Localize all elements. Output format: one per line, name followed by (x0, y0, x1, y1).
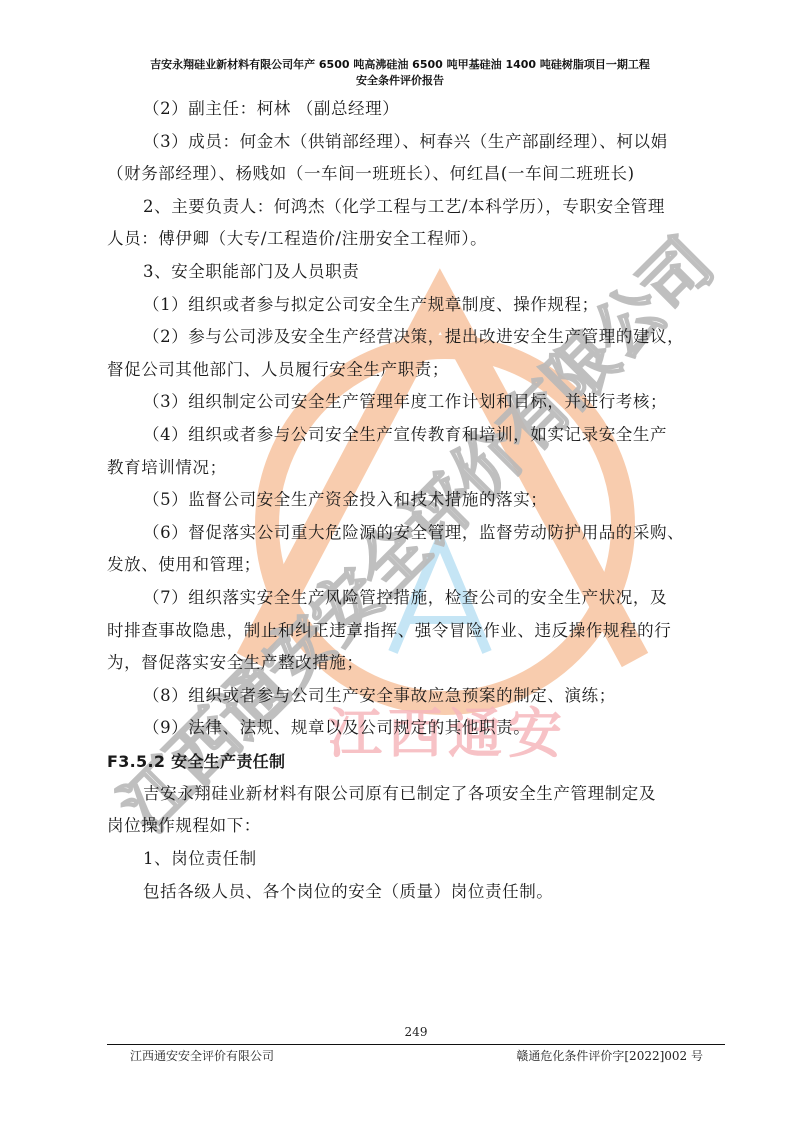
page-number: 249 (107, 1024, 725, 1040)
duty-item-1: （1）组织或者参与拟定公司安全生产规章制度、操作规程； (107, 289, 725, 322)
paragraph-members-line2: （财务部经理）、杨贱如（一车间一班班长）、何红昌(一车间二班班长) (107, 158, 725, 191)
body-content: （2）副主任：柯林 （副总经理） （3）成员：何金木（供销部经理）、柯春兴（生产… (107, 93, 725, 908)
duty-item-2-line2: 督促公司其他部门、人员履行安全生产职责； (107, 354, 725, 387)
duty-item-3: （3）组织制定公司安全生产管理年度工作计划和目标，并进行考核； (107, 386, 725, 419)
paragraph-principal-line2: 人员：傅伊卿（大专/工程造价/注册安全工程师）。 (107, 223, 725, 256)
paragraph-members-line1: （3）成员：何金木（供销部经理）、柯春兴（生产部副经理）、柯以娟 (107, 126, 725, 159)
page-footer: 249 江西通安安全评价有限公司 赣通危化条件评价字[2022]002 号 (107, 1024, 725, 1065)
section-heading: F3.5.2 安全生产责任制 (107, 745, 725, 778)
duty-item-4-line1: （4）组织或者参与公司安全生产宣传教育和培训，如实记录安全生产 (107, 419, 725, 452)
paragraph-vice-director: （2）副主任：柯林 （副总经理） (107, 93, 725, 126)
header-report-title: 安全条件评价报告 (100, 73, 700, 89)
duty-item-9: （9）法律、法规、规章以及公司规定的其他职责。 (107, 712, 725, 745)
duty-item-7-line1: （7）组织落实安全生产风险管控措施，检查公司的安全生产状况，及 (107, 582, 725, 615)
section-item-1-desc: 包括各级人员、各个岗位的安全（质量）岗位责任制。 (107, 876, 725, 909)
footer-company: 江西通安安全评价有限公司 (130, 1047, 274, 1065)
paragraph-principal-line1: 2、主要负责人：何鸿杰（化学工程与工艺/本科学历），专职安全管理 (107, 191, 725, 224)
duty-item-5: （5）监督公司安全生产资金投入和技术措施的落实； (107, 484, 725, 517)
duty-item-6-line1: （6）督促落实公司重大危险源的安全管理，监督劳动防护用品的采购、 (107, 517, 725, 550)
duty-item-2-line1: （2）参与公司涉及安全生产经营决策，提出改进安全生产管理的建议， (107, 321, 725, 354)
footer-doc-number: 赣通危化条件评价字[2022]002 号 (516, 1047, 703, 1065)
section-intro-line1: 吉安永翔硅业新材料有限公司原有已制定了各项安全生产管理制定及 (107, 778, 725, 811)
duty-item-6-line2: 发放、使用和管理； (107, 549, 725, 582)
document-page: 江西通安 江西通安安全评价有限公司 吉安永翔硅业新材料有限公司年产 6500 吨… (0, 0, 800, 1131)
header-project-title: 吉安永翔硅业新材料有限公司年产 6500 吨高沸硅油 6500 吨甲基硅油 14… (100, 57, 700, 73)
section-item-1-title: 1、岗位责任制 (107, 843, 725, 876)
duty-item-7-line2: 时排查事故隐患，制止和纠正违章指挥、强令冒险作业、违反操作规程的行 (107, 615, 725, 648)
duty-item-7-line3: 为，督促落实安全生产整改措施； (107, 647, 725, 680)
duty-item-4-line2: 教育培训情况； (107, 452, 725, 485)
footer-row: 江西通安安全评价有限公司 赣通危化条件评价字[2022]002 号 (107, 1045, 725, 1065)
section-intro-line2: 岗位操作规程如下： (107, 810, 725, 843)
duty-item-8: （8）组织或者参与公司生产安全事故应急预案的制定、演练； (107, 680, 725, 713)
running-header: 吉安永翔硅业新材料有限公司年产 6500 吨高沸硅油 6500 吨甲基硅油 14… (100, 57, 700, 89)
paragraph-duties-title: 3、安全职能部门及人员职责 (107, 256, 725, 289)
